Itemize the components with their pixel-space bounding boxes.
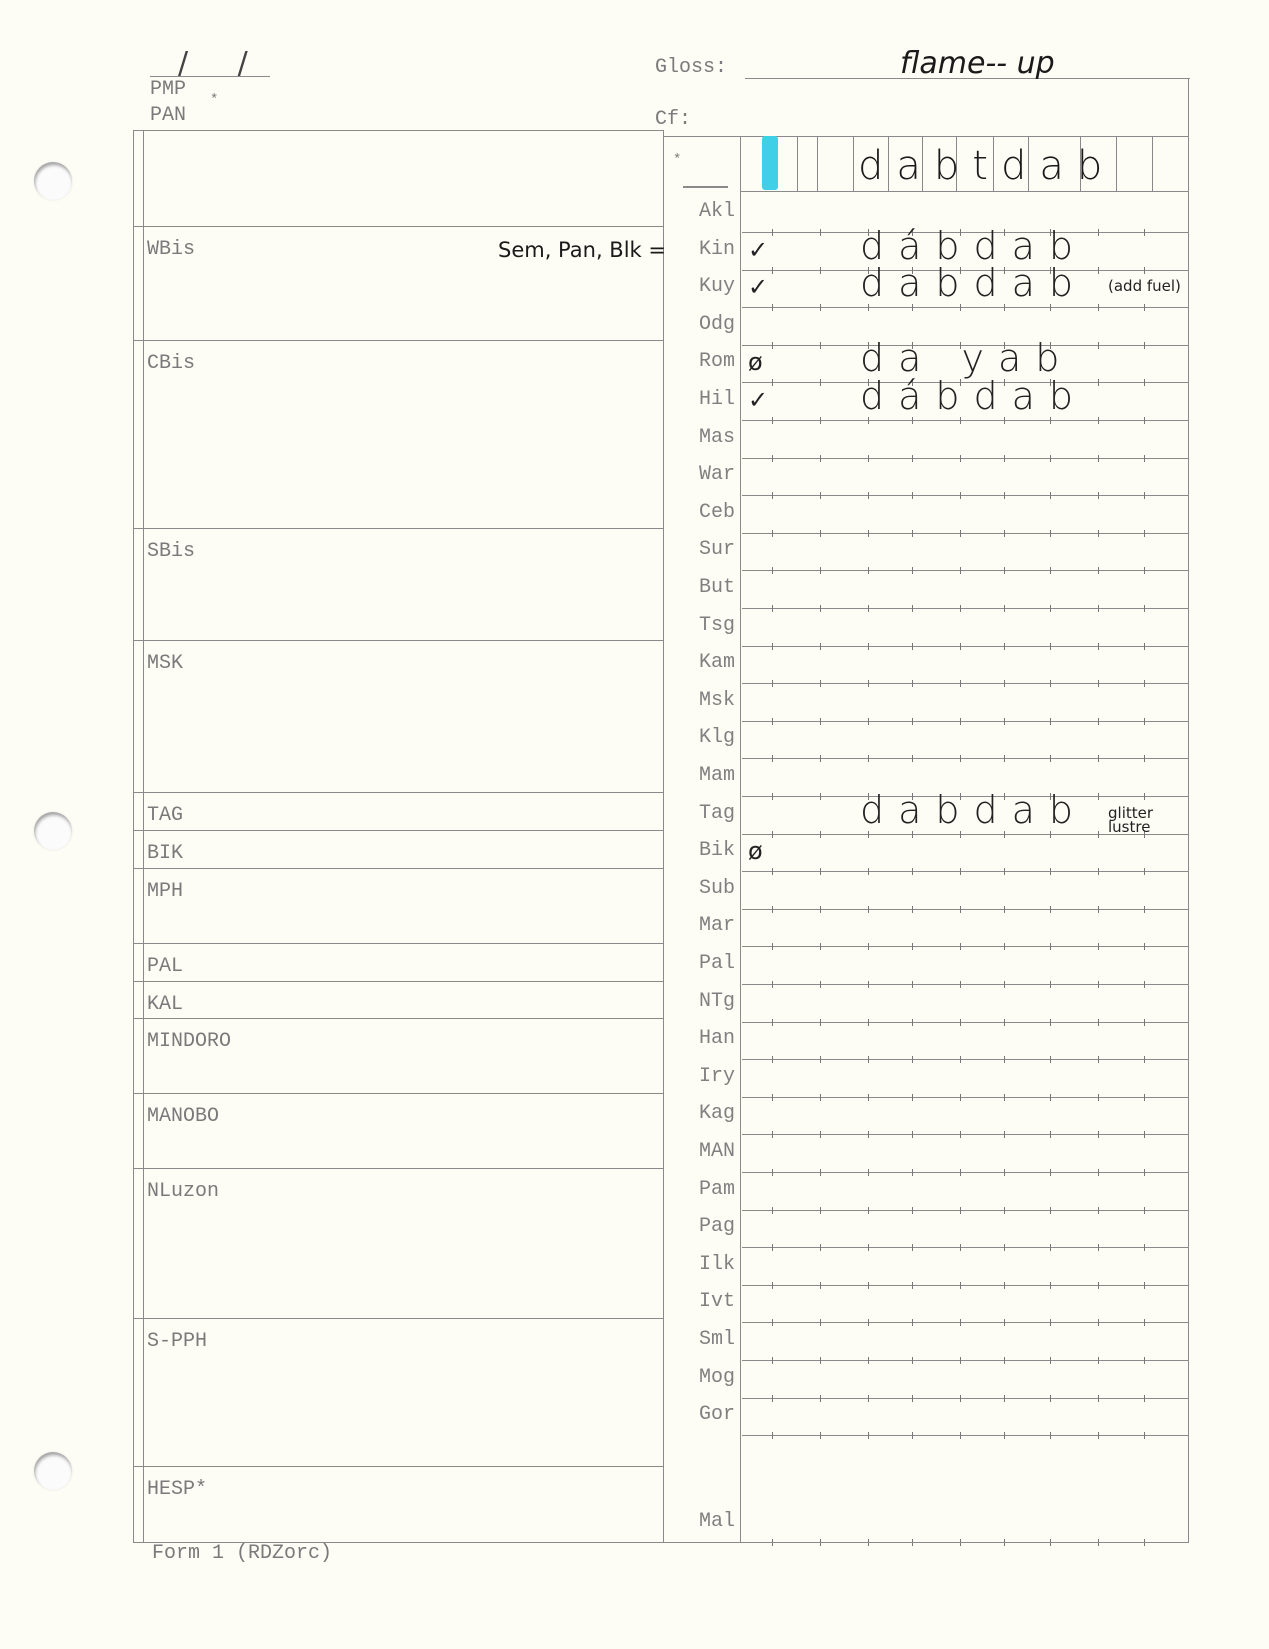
cognate-mark: ø <box>748 837 763 865</box>
outer-border-left <box>133 130 134 1542</box>
language-row[interactable] <box>742 1397 1189 1435</box>
group-divider <box>133 528 663 529</box>
language-code: Mar <box>683 914 735 937</box>
language-row[interactable] <box>742 570 1189 608</box>
recon-value[interactable]: dabtdab <box>858 143 1115 189</box>
language-code: Iry <box>683 1065 735 1088</box>
recon-highlight-mark <box>762 136 778 190</box>
recon-grid-cell-line <box>1116 136 1117 191</box>
language-code: Tsg <box>683 614 735 637</box>
column-divider-right <box>740 136 741 1542</box>
language-row[interactable] <box>742 683 1189 721</box>
language-code: Mal <box>683 1510 735 1533</box>
binder-hole-bottom <box>34 1452 72 1490</box>
language-code: Sub <box>683 877 735 900</box>
language-code: But <box>683 576 735 599</box>
language-code: Pam <box>683 1178 735 1201</box>
language-row[interactable] <box>742 457 1189 495</box>
group-label: KAL <box>147 993 183 1016</box>
language-row[interactable] <box>742 645 1189 683</box>
cf-label: Cf: <box>655 108 691 131</box>
column-divider-left <box>663 130 664 1542</box>
group-label: MINDORO <box>147 1030 231 1053</box>
recon-grid-cell-line <box>1152 136 1153 191</box>
recon-grid-cell-line <box>853 136 854 191</box>
group-label: CBis <box>147 352 195 375</box>
gloss-label: Gloss: <box>655 56 727 79</box>
group-label: PAL <box>147 955 183 978</box>
group-divider <box>133 1018 663 1019</box>
binder-hole-top <box>34 162 72 200</box>
pmp-label: PMP <box>150 78 186 101</box>
language-code: Kin <box>683 238 735 261</box>
reflex-form: dábdab <box>860 374 1087 418</box>
language-code: Kag <box>683 1102 735 1125</box>
group-label: MSK <box>147 652 183 675</box>
group-label: TAG <box>147 804 183 827</box>
language-row[interactable] <box>742 1247 1189 1285</box>
language-code: Mog <box>683 1366 735 1389</box>
language-row[interactable] <box>742 1504 1189 1542</box>
language-code: Sur <box>683 538 735 561</box>
language-code: Bik <box>683 839 735 862</box>
language-code: Han <box>683 1027 735 1050</box>
language-row[interactable] <box>742 1209 1189 1247</box>
group-divider <box>133 1466 663 1467</box>
group-divider <box>133 226 663 227</box>
language-code: Klg <box>683 726 735 749</box>
group-divider <box>133 1093 663 1094</box>
language-code: Kam <box>683 651 735 674</box>
reflex-note: glitter lustre <box>1108 806 1198 834</box>
recon-bottom-border <box>740 191 1189 192</box>
reflex-note: (add fuel) <box>1108 279 1198 293</box>
language-row[interactable] <box>742 833 1189 871</box>
language-code: Hil <box>683 388 735 411</box>
side-note: Sem, Pan, Blk = <box>498 238 666 262</box>
language-row[interactable] <box>742 420 1189 458</box>
group-label: S-PPH <box>147 1330 207 1353</box>
recon-star: * <box>673 152 681 168</box>
language-row[interactable] <box>742 984 1189 1022</box>
inner-border-left <box>143 130 144 1542</box>
language-row[interactable] <box>742 1021 1189 1059</box>
language-code: MAN <box>683 1140 735 1163</box>
reflex-form: dabdab <box>860 788 1087 832</box>
language-code: Pal <box>683 952 735 975</box>
pmp-asterisk: * <box>210 92 218 108</box>
language-code: Kuy <box>683 275 735 298</box>
group-divider <box>133 830 663 831</box>
recon-grid-cell-line <box>797 136 798 191</box>
language-row[interactable] <box>742 1172 1189 1210</box>
cognate-mark: ✓ <box>748 273 768 301</box>
language-code: Ivt <box>683 1290 735 1313</box>
language-row[interactable] <box>742 532 1189 570</box>
language-code: Mas <box>683 426 735 449</box>
language-row[interactable] <box>742 495 1189 533</box>
language-code: Msk <box>683 689 735 712</box>
recon-top-border <box>663 136 1189 137</box>
cognate-mark: ✓ <box>748 386 768 414</box>
group-divider <box>133 1168 663 1169</box>
group-divider <box>133 340 663 341</box>
language-row[interactable] <box>742 1360 1189 1398</box>
group-divider <box>133 868 663 869</box>
group-label: BIK <box>147 842 183 865</box>
language-row[interactable] <box>742 1134 1189 1172</box>
language-code: Odg <box>683 313 735 336</box>
language-row[interactable] <box>742 608 1189 646</box>
outer-border-top <box>133 130 663 131</box>
language-code: Mam <box>683 764 735 787</box>
language-row[interactable] <box>742 908 1189 946</box>
group-label: SBis <box>147 540 195 563</box>
cognate-mark: ø <box>748 348 763 376</box>
language-code: Akl <box>683 200 735 223</box>
reflex-form: dabdab <box>860 261 1087 305</box>
group-divider <box>133 640 663 641</box>
language-code: Gor <box>683 1403 735 1426</box>
group-divider <box>133 1318 663 1319</box>
gloss-value[interactable]: flame-- up <box>900 46 1055 81</box>
group-divider <box>133 943 663 944</box>
language-code: Tag <box>683 802 735 825</box>
language-row-line <box>742 1435 1189 1436</box>
group-label: MPH <box>147 880 183 903</box>
language-code: War <box>683 463 735 486</box>
language-code: Sml <box>683 1328 735 1351</box>
cognate-mark: ✓ <box>748 236 768 264</box>
recon-grid-cell-line <box>817 136 818 191</box>
language-code: Pag <box>683 1215 735 1238</box>
language-code: NTg <box>683 990 735 1013</box>
binder-hole-middle <box>34 812 72 850</box>
language-row[interactable] <box>742 1059 1189 1097</box>
language-code: Ilk <box>683 1253 735 1276</box>
group-label: MANOBO <box>147 1105 219 1128</box>
pan-label: PAN <box>150 104 186 127</box>
group-label: WBis <box>147 238 195 261</box>
language-row[interactable] <box>742 1322 1189 1360</box>
language-code: Rom <box>683 350 735 373</box>
group-label: HESP* <box>147 1478 207 1501</box>
date-field[interactable]: / / <box>178 46 268 81</box>
language-row[interactable] <box>742 720 1189 758</box>
recon-star-underline <box>683 186 728 188</box>
language-row[interactable] <box>742 871 1189 909</box>
group-label: NLuzon <box>147 1180 219 1203</box>
group-divider <box>133 792 663 793</box>
form-label: Form 1 (RDZorc) <box>152 1542 332 1565</box>
language-row[interactable] <box>742 946 1189 984</box>
language-row[interactable] <box>742 1096 1189 1134</box>
group-divider <box>133 981 663 982</box>
language-code: Ceb <box>683 501 735 524</box>
language-row[interactable] <box>742 1284 1189 1322</box>
